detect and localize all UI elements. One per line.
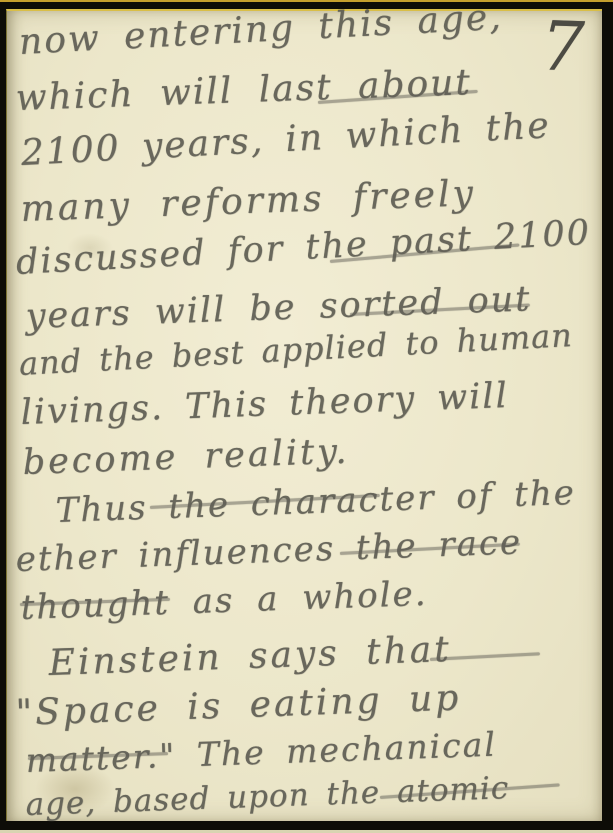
page-number: 7 bbox=[540, 7, 586, 87]
manuscript-photo: 7 now entering this age, which will last… bbox=[0, 0, 613, 833]
photo-top-edge bbox=[0, 0, 613, 2]
